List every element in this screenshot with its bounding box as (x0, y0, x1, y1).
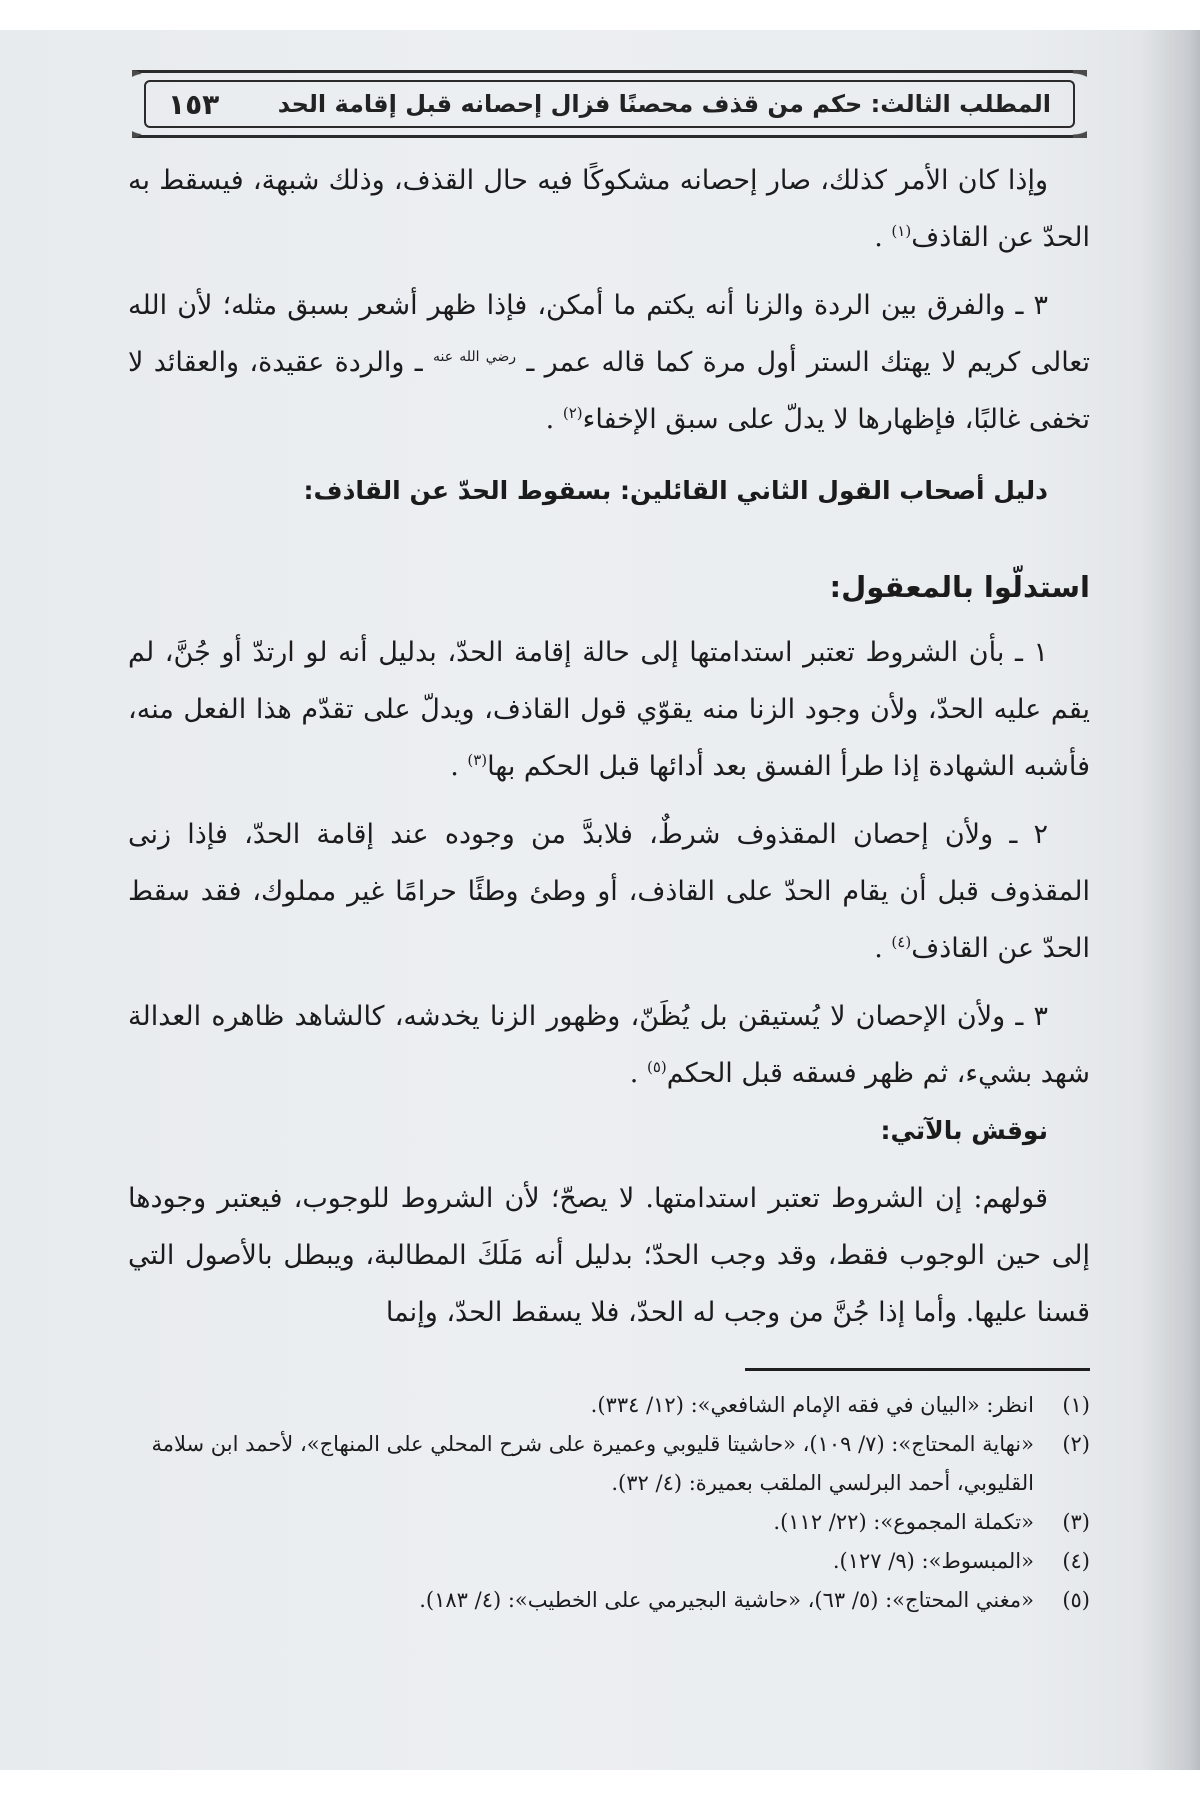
footnote-number: (١) (1042, 1386, 1090, 1425)
section-title: المطلب الثالث: حكم من قذف محصنًا فزال إح… (278, 90, 1051, 118)
running-header: المطلب الثالث: حكم من قذف محصنًا فزال إح… (132, 70, 1087, 138)
footnote-item: (٢) «نهاية المحتاج»: (٧/ ١٠٩)، «حاشيتا ق… (128, 1425, 1090, 1503)
footnote-text: «المبسوط»: (٩/ ١٢٧). (128, 1542, 1042, 1581)
paragraph: ١ ـ بأن الشروط تعتبر استدامتها إلى حالة … (128, 624, 1090, 795)
page-number: ١٥٣ (168, 88, 219, 121)
footnotes: (١) انظر: «البيان في فقه الإمام الشافعي»… (128, 1386, 1090, 1620)
paragraph: قولهم: إن الشروط تعتبر استدامتها. لا يصح… (128, 1170, 1090, 1341)
subheading-discussion: نوقش بالآتي: (128, 1102, 1090, 1159)
footnote-item: (١) انظر: «البيان في فقه الإمام الشافعي»… (128, 1386, 1090, 1425)
footnote-ref[interactable]: (١) (891, 222, 911, 240)
footnote-text: «مغني المحتاج»: (٥/ ٦٣)، «حاشية البجيرمي… (128, 1581, 1042, 1620)
paragraph-end: . (630, 1058, 639, 1089)
footnote-ref[interactable]: (٥) (647, 1058, 667, 1076)
footnote-text: انظر: «البيان في فقه الإمام الشافعي»: (١… (128, 1386, 1042, 1425)
footnote-ref[interactable]: (٣) (467, 751, 487, 769)
running-header-inner: المطلب الثالث: حكم من قذف محصنًا فزال إح… (144, 80, 1075, 128)
paragraph-text: قولهم: إن الشروط تعتبر استدامتها. لا يصح… (128, 1183, 1090, 1328)
paragraph-text: وإذا كان الأمر كذلك، صار إحصانه مشكوكًا … (128, 165, 1090, 253)
paragraph-text: ٢ ـ ولأن إحصان المقذوف شرطٌ، فلابدَّ من … (128, 819, 1090, 964)
footnote-number: (٢) (1042, 1425, 1090, 1464)
paragraph-text: ٣ ـ ولأن الإحصان لا يُستيقن بل يُظَنّ، و… (128, 1001, 1090, 1089)
footnote-ref[interactable]: (٤) (891, 933, 911, 951)
book-page: المطلب الثالث: حكم من قذف محصنًا فزال إح… (0, 30, 1200, 1770)
footnote-text: «تكملة المجموع»: (٢٢/ ١١٢). (128, 1503, 1042, 1542)
subheading-evidence: دليل أصحاب القول الثاني القائلين: بسقوط … (128, 462, 1090, 519)
footnote-number: (٤) (1042, 1542, 1090, 1581)
paragraph: ٣ ـ ولأن الإحصان لا يُستيقن بل يُظَنّ، و… (128, 988, 1090, 1102)
footnote-separator (745, 1368, 1090, 1371)
footnote-item: (٤) «المبسوط»: (٩/ ١٢٧). (128, 1542, 1090, 1581)
paragraph-end: . (546, 404, 555, 435)
footnote-text: «نهاية المحتاج»: (٧/ ١٠٩)، «حاشيتا قليوب… (128, 1425, 1042, 1503)
paragraph: وإذا كان الأمر كذلك، صار إحصانه مشكوكًا … (128, 152, 1090, 266)
main-text: وإذا كان الأمر كذلك، صار إحصانه مشكوكًا … (128, 152, 1090, 1341)
paragraph: ٣ ـ والفرق بين الردة والزنا أنه يكتم ما … (128, 277, 1090, 448)
honorific-ligature: رضي الله عنه (433, 349, 516, 365)
paragraph-end: . (874, 933, 883, 964)
footnote-number: (٣) (1042, 1503, 1090, 1542)
section-heading-reasoning: استدلّوا بالمعقول: (128, 559, 1090, 616)
footnote-item: (٣) «تكملة المجموع»: (٢٢/ ١١٢). (128, 1503, 1090, 1542)
footnote-item: (٥) «مغني المحتاج»: (٥/ ٦٣)، «حاشية البج… (128, 1581, 1090, 1620)
paragraph-end: . (450, 751, 459, 782)
paragraph: ٢ ـ ولأن إحصان المقذوف شرطٌ، فلابدَّ من … (128, 806, 1090, 977)
paragraph-end: . (874, 222, 883, 253)
paragraph-text: ١ ـ بأن الشروط تعتبر استدامتها إلى حالة … (128, 637, 1090, 782)
footnote-number: (٥) (1042, 1581, 1090, 1620)
footnote-ref[interactable]: (٢) (563, 404, 583, 422)
